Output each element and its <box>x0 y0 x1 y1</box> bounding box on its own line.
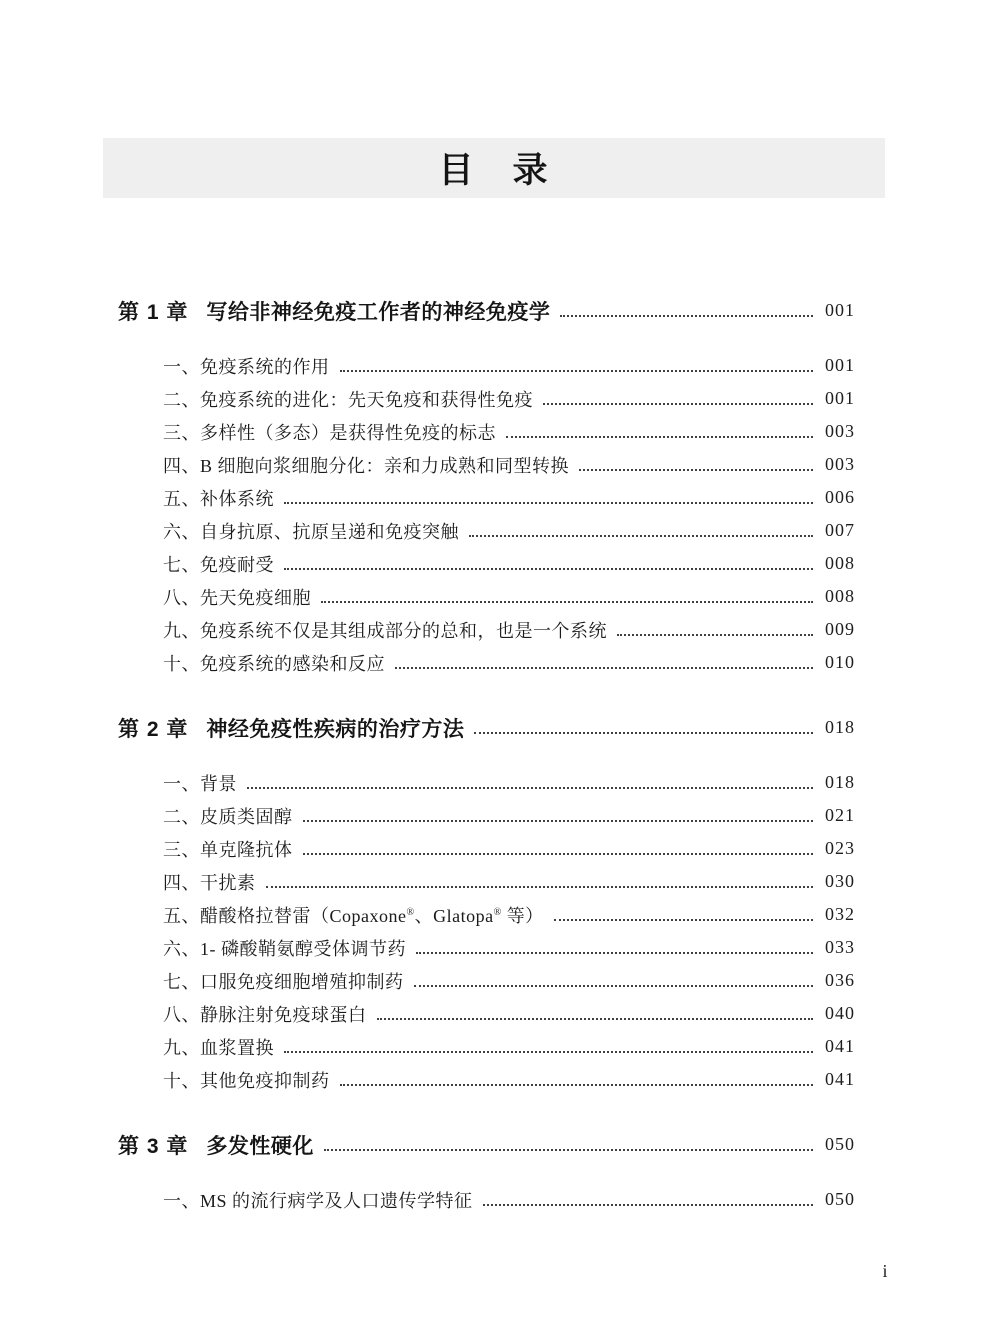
toc-header-banner: 目 录 <box>103 138 885 198</box>
toc-item-page-number: 030 <box>823 871 855 892</box>
toc-item-page-number: 006 <box>823 487 855 508</box>
toc-item-title: 三、多样性（多态）是获得性免疫的标志 <box>163 419 496 445</box>
toc-item-entry: 九、免疫系统不仅是其组成部分的总和，也是一个系统009 <box>103 613 855 646</box>
toc-page: 目 录 第 1 章写给非神经免疫工作者的神经免疫学001一、免疫系统的作用001… <box>0 0 990 1344</box>
toc-item-title: 一、背景 <box>163 770 237 796</box>
toc-leader-dots <box>324 1138 813 1151</box>
toc-item-title: 十、免疫系统的感染和反应 <box>163 650 385 676</box>
toc-item-page-number: 021 <box>823 805 855 826</box>
toc-item-entry: 四、干扰素030 <box>103 865 855 898</box>
toc-item-title: 一、免疫系统的作用 <box>163 353 330 379</box>
toc-leader-dots <box>303 809 814 822</box>
toc-item-entry: 二、皮质类固醇021 <box>103 799 855 832</box>
toc-leader-dots <box>506 425 813 438</box>
toc-item-title: 六、自身抗原、抗原呈递和免疫突触 <box>163 518 459 544</box>
toc-leader-dots <box>247 776 813 789</box>
toc-item-title: 二、皮质类固醇 <box>163 803 293 829</box>
toc-leader-dots <box>303 842 814 855</box>
toc-item-title: 四、干扰素 <box>163 869 256 895</box>
toc-chapter-title: 写给非神经免疫工作者的神经免疫学 <box>206 296 550 326</box>
toc-item-entry: 五、补体系统006 <box>103 481 855 514</box>
toc-leader-dots <box>579 458 813 471</box>
toc-item-page-number: 032 <box>823 904 855 925</box>
toc-chapter-label: 第 2 章 <box>118 713 188 743</box>
toc-chapter-page-number: 001 <box>823 300 855 321</box>
toc-chapter-entry: 第 1 章写给非神经免疫工作者的神经免疫学001 <box>103 294 855 327</box>
toc-leader-dots <box>483 1193 813 1206</box>
toc-chapter-page-number: 050 <box>823 1134 855 1155</box>
toc-item-title: 五、补体系统 <box>163 485 274 511</box>
toc-item-entry: 五、醋酸格拉替雷（Copaxone®、Glatopa® 等）032 <box>103 898 855 931</box>
toc-item-page-number: 009 <box>823 619 855 640</box>
toc-item-title: 九、血浆置换 <box>163 1034 274 1060</box>
toc-chapter-entry: 第 3 章多发性硬化050 <box>103 1128 855 1161</box>
toc-item-page-number: 001 <box>823 355 855 376</box>
toc-leader-dots <box>321 590 813 603</box>
toc-leader-dots <box>617 623 813 636</box>
toc-chapter-label: 第 3 章 <box>118 1130 188 1160</box>
toc-item-page-number: 003 <box>823 421 855 442</box>
page-number: i <box>875 1261 895 1282</box>
toc-leader-dots <box>377 1007 814 1020</box>
toc-item-title-part: 五、醋酸格拉替雷（Copaxone <box>163 906 406 926</box>
toc-item-title-part: 、Glatopa <box>415 906 494 926</box>
toc-leader-dots <box>395 656 813 669</box>
toc-item-title: 九、免疫系统不仅是其组成部分的总和，也是一个系统 <box>163 617 607 643</box>
toc-leader-dots <box>543 392 813 405</box>
toc-chapter-page-number: 018 <box>823 717 855 738</box>
toc-leader-dots <box>554 908 813 921</box>
toc-item-entry: 三、单克隆抗体023 <box>103 832 855 865</box>
toc-leader-dots <box>284 1040 813 1053</box>
toc-chapter-title: 多发性硬化 <box>206 1130 314 1160</box>
toc-item-title: 十、其他免疫抑制药 <box>163 1067 330 1093</box>
toc-item-page-number: 001 <box>823 388 855 409</box>
toc-item-entry: 八、静脉注射免疫球蛋白040 <box>103 997 855 1030</box>
toc-item-entry: 六、自身抗原、抗原呈递和免疫突触007 <box>103 514 855 547</box>
toc-item-title: 一、MS 的流行病学及人口遗传学特征 <box>163 1187 473 1213</box>
toc-item-page-number: 050 <box>823 1189 855 1210</box>
toc-item-page-number: 018 <box>823 772 855 793</box>
toc-item-title: 六、1- 磷酸鞘氨醇受体调节药 <box>163 935 406 961</box>
toc-item-page-number: 040 <box>823 1003 855 1024</box>
toc-item-page-number: 008 <box>823 586 855 607</box>
toc-item-entry: 六、1- 磷酸鞘氨醇受体调节药033 <box>103 931 855 964</box>
toc-item-page-number: 033 <box>823 937 855 958</box>
toc-leader-dots <box>474 721 813 734</box>
registered-trademark-icon: ® <box>406 907 414 918</box>
toc-chapter-title: 神经免疫性疾病的治疗方法 <box>206 713 464 743</box>
toc-item-entry: 十、其他免疫抑制药041 <box>103 1063 855 1096</box>
toc-chapter-entry: 第 2 章神经免疫性疾病的治疗方法018 <box>103 711 855 744</box>
toc-item-entry: 三、多样性（多态）是获得性免疫的标志003 <box>103 415 855 448</box>
toc-item-page-number: 008 <box>823 553 855 574</box>
toc-item-entry: 九、血浆置换041 <box>103 1030 855 1063</box>
toc-leader-dots <box>340 359 814 372</box>
toc-item-entry: 八、先天免疫细胞008 <box>103 580 855 613</box>
toc-item-title: 二、免疫系统的进化：先天免疫和获得性免疫 <box>163 386 533 412</box>
toc-item-title: 八、静脉注射免疫球蛋白 <box>163 1001 367 1027</box>
toc-item-page-number: 023 <box>823 838 855 859</box>
toc-item-entry: 一、MS 的流行病学及人口遗传学特征050 <box>103 1183 855 1216</box>
toc-chapter-label: 第 1 章 <box>118 296 188 326</box>
toc-item-entry: 七、免疫耐受008 <box>103 547 855 580</box>
toc-item-entry: 十、免疫系统的感染和反应010 <box>103 646 855 679</box>
toc-leader-dots <box>414 974 814 987</box>
toc-item-page-number: 041 <box>823 1069 855 1090</box>
toc-item-title: 七、口服免疫细胞增殖抑制药 <box>163 968 404 994</box>
toc-leader-dots <box>284 557 813 570</box>
registered-trademark-icon: ® <box>494 907 502 918</box>
toc-item-page-number: 036 <box>823 970 855 991</box>
toc-leader-dots <box>284 491 813 504</box>
toc-leader-dots <box>560 304 813 317</box>
toc-leader-dots <box>266 875 814 888</box>
toc-item-entry: 一、免疫系统的作用001 <box>103 349 855 382</box>
toc-item-page-number: 007 <box>823 520 855 541</box>
toc-item-page-number: 010 <box>823 652 855 673</box>
toc-item-page-number: 003 <box>823 454 855 475</box>
toc-item-title: 五、醋酸格拉替雷（Copaxone®、Glatopa® 等） <box>163 902 544 928</box>
toc-item-entry: 二、免疫系统的进化：先天免疫和获得性免疫001 <box>103 382 855 415</box>
toc-item-title: 四、B 细胞向浆细胞分化：亲和力成熟和同型转换 <box>163 452 569 478</box>
toc-list: 第 1 章写给非神经免疫工作者的神经免疫学001一、免疫系统的作用001二、免疫… <box>103 198 855 1216</box>
toc-item-entry: 四、B 细胞向浆细胞分化：亲和力成熟和同型转换003 <box>103 448 855 481</box>
toc-item-page-number: 041 <box>823 1036 855 1057</box>
page-title: 目 录 <box>438 143 549 193</box>
toc-item-entry: 七、口服免疫细胞增殖抑制药036 <box>103 964 855 997</box>
toc-item-entry: 一、背景018 <box>103 766 855 799</box>
toc-item-title-part: 等） <box>502 906 544 926</box>
toc-item-title: 三、单克隆抗体 <box>163 836 293 862</box>
toc-item-title: 八、先天免疫细胞 <box>163 584 311 610</box>
toc-leader-dots <box>340 1073 814 1086</box>
toc-item-title: 七、免疫耐受 <box>163 551 274 577</box>
toc-leader-dots <box>416 941 813 954</box>
toc-leader-dots <box>469 524 813 537</box>
